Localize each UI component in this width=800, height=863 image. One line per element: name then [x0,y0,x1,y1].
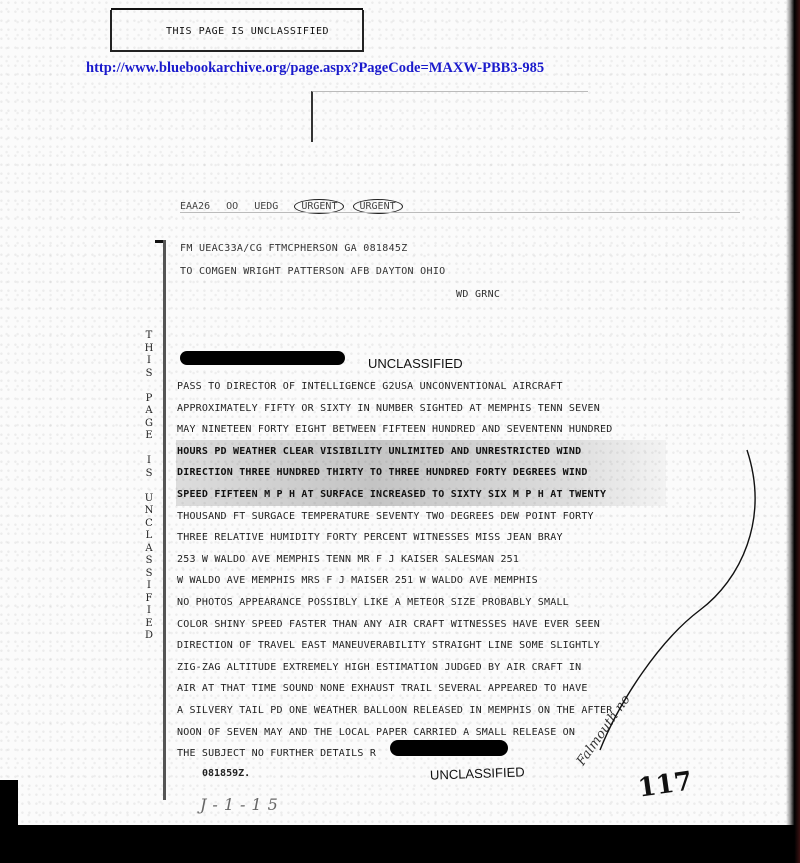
side-stamp-letter: A [143,543,155,556]
body-line: PASS TO DIRECTOR OF INTELLIGENCE G2USA U… [177,376,657,398]
routing-code: EAA26 [180,201,210,212]
side-stamp-letter: P [143,393,155,406]
faint-form-box [311,91,588,142]
body-line: ZIG-ZAG ALTITUDE EXTREMELY HIGH ESTIMATI… [177,657,657,679]
side-stamp-letter [143,380,155,393]
side-stamp-letter: C [143,518,155,531]
side-classification-stamp: THIS PAGE IS UNCLASSIFIED [143,330,155,643]
from-line: FM UEAC33A/CG FTMCPHERSON GA 081845Z [180,243,408,254]
redaction-top [180,351,345,365]
body-line: DIRECTION OF TRAVEL EAST MANEUVERABILITY… [177,635,657,657]
side-stamp-letter: E [143,430,155,443]
body-line: AIR AT THAT TIME SOUND NONE EXHAUST TRAI… [177,678,657,700]
side-stamp-letter: A [143,405,155,418]
handwritten-initials: J-1-15 [200,795,284,814]
body-line: NO PHOTOS APPEARANCE POSSIBLY LIKE A MET… [177,592,657,614]
side-stamp-letter: I [143,455,155,468]
body-line: THOUSAND FT SURGACE TEMPERATURE SEVENTY … [177,506,657,528]
station: UEDG [254,201,278,212]
body-line: COLOR SHINY SPEED FASTER THAN ANY AIR CR… [177,614,657,636]
body-line: SPEED FIFTEEN M P H AT SURFACE INCREASED… [177,484,657,506]
side-stamp-letter: T [143,330,155,343]
body-line: DIRECTION THREE HUNDRED THIRTY TO THREE … [177,462,657,484]
side-stamp-letter: E [143,618,155,631]
side-stamp-letter: I [143,580,155,593]
source-link[interactable]: http://www.bluebookarchive.org/page.aspx… [86,60,544,77]
handwritten-page-number: 117 [636,766,694,803]
body-line: APPROXIMATELY FIFTY OR SIXTY IN NUMBER S… [177,398,657,420]
side-stamp-letter: L [143,530,155,543]
to-line: TO COMGEN WRIGHT PATTERSON AFB DAYTON OH… [180,266,445,277]
precedence: OO [226,201,238,212]
classification-top: UNCLASSIFIED [368,356,463,371]
side-stamp-letter: S [143,555,155,568]
body-line: 253 W WALDO AVE MEMPHIS TENN MR F J KAIS… [177,549,657,571]
side-stamp-letter [143,480,155,493]
side-stamp-letter: D [143,630,155,643]
scan-edge-bottom [0,825,800,863]
body-line: MAY NINETEEN FORTY EIGHT BETWEEN FIFTEEN… [177,419,657,441]
message-body: PASS TO DIRECTOR OF INTELLIGENCE G2USA U… [177,376,657,765]
left-margin-bar [163,240,166,800]
side-stamp-letter: U [143,493,155,506]
redaction-bottom [390,740,508,756]
date-time-group: 081859Z. [202,768,250,779]
reference-line: WD GRNC [456,289,500,300]
side-stamp-letter: H [143,343,155,356]
body-line: THREE RELATIVE HUMIDITY FORTY PERCENT WI… [177,527,657,549]
classification-bottom: UNCLASSIFIED [430,764,525,782]
side-stamp-letter: G [143,418,155,431]
side-stamp-letter: I [143,355,155,368]
side-stamp-letter: I [143,605,155,618]
top-classification-stamp: THIS PAGE IS UNCLASSIFIED [166,26,329,37]
body-line: W WALDO AVE MEMPHIS MRS F J MAISER 251 W… [177,570,657,592]
scan-edge-right [786,0,800,863]
body-line: A SILVERY TAIL PD ONE WEATHER BALLOON RE… [177,700,657,722]
side-stamp-letter [143,443,155,456]
document-scan: THIS PAGE IS UNCLASSIFIED http://www.blu… [0,0,800,863]
body-line: HOURS PD WEATHER CLEAR VISIBILITY UNLIMI… [177,441,657,463]
header-rule [180,212,740,213]
side-stamp-letter: S [143,368,155,381]
side-stamp-letter: S [143,568,155,581]
side-stamp-letter: S [143,468,155,481]
side-stamp-letter: N [143,505,155,518]
side-stamp-letter: F [143,593,155,606]
